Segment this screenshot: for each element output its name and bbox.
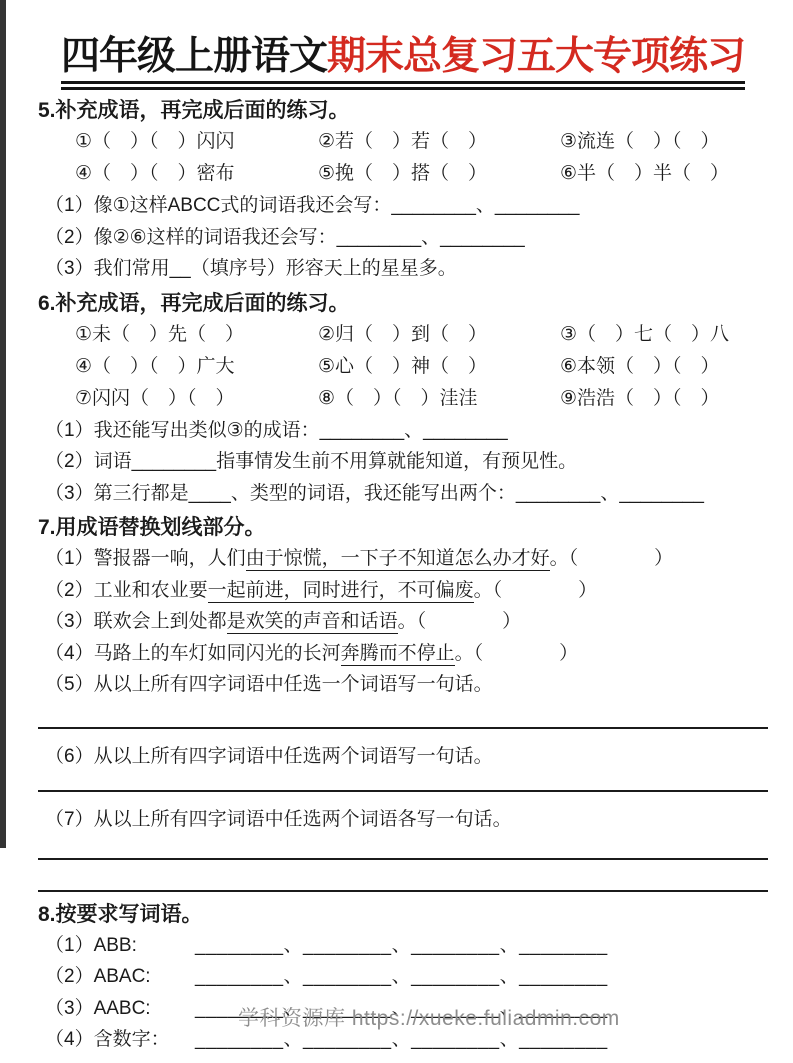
page-title-text: 四年级上册语文期末总复习五大专项练习 xyxy=(61,34,745,90)
section-5-question: （2）像②⑥这样的词语我还会写：________、________ xyxy=(45,222,768,254)
idiom-item: ⑧（ ）（ ）洼洼 xyxy=(318,383,560,415)
idiom-item: ③（ ）七（ ）八 xyxy=(560,319,768,351)
title-red-part: 期末总复习五大专项练习 xyxy=(327,35,745,78)
section-7-item: （1）警报器一响，人们由于惊慌，一下子不知道怎么办才好。（ ） xyxy=(45,543,768,575)
section-5-question: （1）像①这样ABCC式的词语我还会写：________、________ xyxy=(45,190,768,222)
section-5-idiom-grid: ①（ ）（ ）闪闪 ②若（ ）若（ ） ③流连（ ）（ ） ④（ ）（ ）密布 … xyxy=(75,126,768,190)
scan-edge-line xyxy=(0,0,6,848)
section-7-item: （4）马路上的车灯如同闪光的长河奔腾而不停止。（ ） xyxy=(45,638,768,670)
sentence-suffix: 。（ ） xyxy=(398,611,522,632)
sentence-prefix: （3）联欢会上到处都 xyxy=(45,611,227,632)
pattern-label: （4）含数字： xyxy=(45,1024,195,1056)
section-7-heading: 7.用成语替换划线部分。 xyxy=(38,513,768,543)
section-7-item: （2）工业和农业要一起前进，同时进行，不可偏废。（ ） xyxy=(45,575,768,607)
section-8-heading: 8.按要求写词语。 xyxy=(38,900,768,930)
title-black-part: 四年级上册语文 xyxy=(61,35,327,78)
pattern-label: （3）AABC: xyxy=(45,993,195,1025)
pattern-blanks: ________、________、________、________ xyxy=(195,961,608,993)
sentence-prefix: （4）马路上的车灯如同闪光的长河 xyxy=(45,643,341,664)
idiom-item: ③流连（ ）（ ） xyxy=(560,126,768,158)
sentence-suffix: 。（ ） xyxy=(550,548,674,569)
idiom-item: ⑥半（ ）半（ ） xyxy=(560,158,768,190)
idiom-item: ①（ ）（ ）闪闪 xyxy=(75,126,318,158)
worksheet-page: 四年级上册语文期末总复习五大专项练习 5.补充成语，再完成后面的练习。 ①（ ）… xyxy=(0,0,793,1063)
underlined-phrase: 由于惊慌，一下子不知道怎么办才好 xyxy=(246,548,550,571)
section-7-item: （6）从以上所有四字词语中任选两个词语写一句话。 xyxy=(45,741,768,773)
pattern-label: （2）ABAC: xyxy=(45,961,195,993)
pattern-blanks: ________、________、________、________ xyxy=(195,930,608,962)
idiom-item: ⑨浩浩（ ）（ ） xyxy=(560,383,768,415)
section-7-item: （3）联欢会上到处都是欢笑的声音和话语。（ ） xyxy=(45,606,768,638)
sentence-prefix: （1）警报器一响，人们 xyxy=(45,548,246,569)
idiom-item: ④（ ）（ ）广大 xyxy=(75,351,318,383)
answer-line xyxy=(38,790,768,792)
idiom-item: ⑥本领（ ）（ ） xyxy=(560,351,768,383)
sentence-prefix: （2）工业和农业要 xyxy=(45,580,208,601)
section-5-heading: 5.补充成语，再完成后面的练习。 xyxy=(38,96,768,126)
section-5-question: （3）我们常用__（填序号）形容天上的星星多。 xyxy=(45,253,768,285)
section-6-question: （1）我还能写出类似③的成语：________、________ xyxy=(45,415,768,447)
pattern-label: （1）ABB: xyxy=(45,930,195,962)
idiom-item: ⑦闪闪（ ）（ ） xyxy=(75,383,318,415)
section-7-item: （7）从以上所有四字词语中任选两个词语各写一句话。 xyxy=(45,804,768,836)
idiom-item: ④（ ）（ ）密布 xyxy=(75,158,318,190)
answer-line xyxy=(38,890,768,892)
answer-line xyxy=(38,858,768,860)
idiom-item: ⑤挽（ ）搭（ ） xyxy=(318,158,560,190)
section-7-item: （5）从以上所有四字词语中任选一个词语写一句话。 xyxy=(45,669,768,701)
underlined-phrase: 是欢笑的声音和话语 xyxy=(227,611,398,634)
page-title: 四年级上册语文期末总复习五大专项练习 xyxy=(38,34,768,90)
answer-line xyxy=(38,727,768,729)
idiom-item: ②若（ ）若（ ） xyxy=(318,126,560,158)
idiom-item: ⑤心（ ）神（ ） xyxy=(318,351,560,383)
idiom-item: ①未（ ）先（ ） xyxy=(75,319,318,351)
idiom-item: ②归（ ）到（ ） xyxy=(318,319,560,351)
word-pattern-row: （1）ABB: ________、________、________、_____… xyxy=(45,930,768,962)
sentence-suffix: 。（ ） xyxy=(474,580,598,601)
section-6-question: （3）第三行都是____、类型的词语，我还能写出两个：________、____… xyxy=(45,478,768,510)
underlined-phrase: 奔腾而不停止 xyxy=(341,643,455,666)
site-watermark: 学科资源库 https://xueke.fuliadmin.com xyxy=(238,1002,620,1032)
word-pattern-row: （2）ABAC: ________、________、________、____… xyxy=(45,961,768,993)
sentence-suffix: 。（ ） xyxy=(455,643,579,664)
section-6-idiom-grid: ①未（ ）先（ ） ②归（ ）到（ ） ③（ ）七（ ）八 ④（ ）（ ）广大 … xyxy=(75,319,768,415)
underlined-phrase: 一起前进，同时进行，不可偏废 xyxy=(208,580,474,603)
section-6-question: （2）词语________指事情发生前不用算就能知道，有预见性。 xyxy=(45,446,768,478)
section-6-heading: 6.补充成语，再完成后面的练习。 xyxy=(38,289,768,319)
